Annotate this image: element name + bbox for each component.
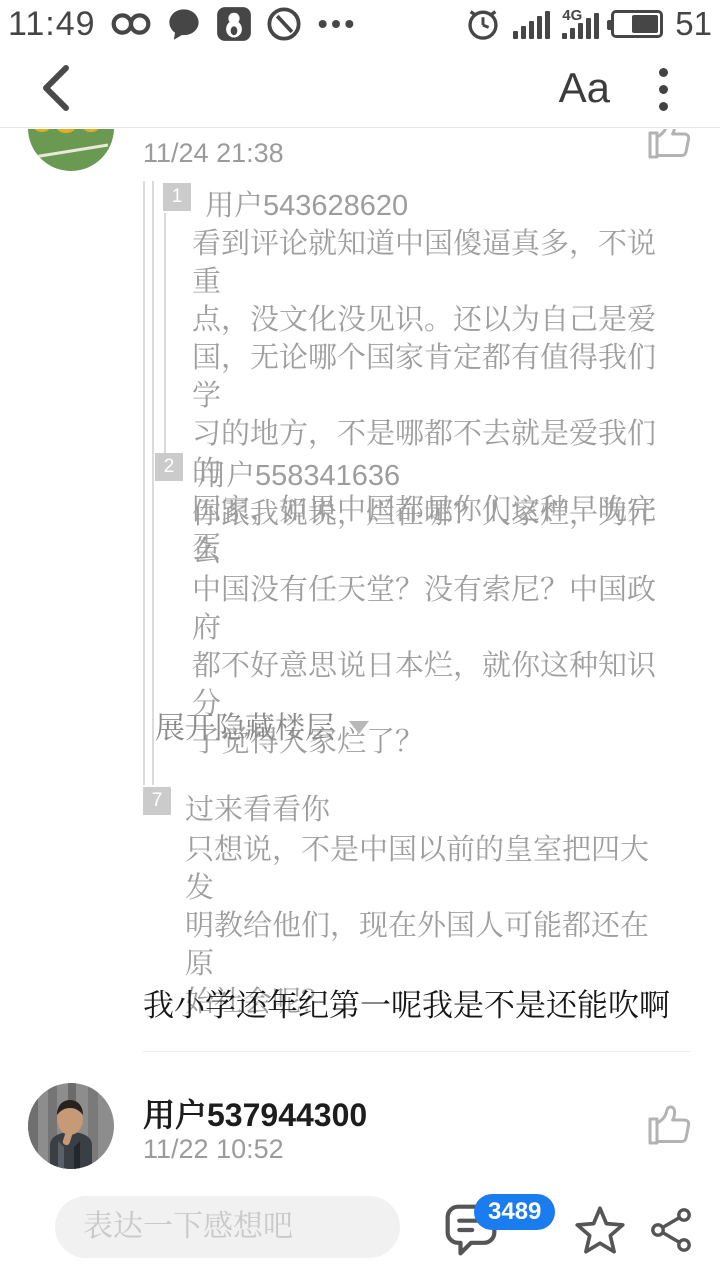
block-icon bbox=[266, 6, 302, 42]
clock-time: 11:49 bbox=[8, 5, 96, 44]
comment-body: 我小学还年纪第一呢我是不是还能吹啊 bbox=[143, 980, 693, 1025]
ellipsis-icon bbox=[316, 6, 356, 42]
comment-thread: 11/24 21:38 1 用户543628620 看到评论就知道中国傻逼真多，… bbox=[0, 129, 720, 1180]
favorite-star-icon[interactable] bbox=[574, 1204, 626, 1256]
app-screen: 11:49 bbox=[0, 0, 720, 1280]
status-bar: 11:49 bbox=[0, 0, 720, 48]
avatar[interactable] bbox=[28, 1083, 114, 1169]
back-icon[interactable] bbox=[36, 62, 76, 114]
battery-percent: 51 bbox=[675, 5, 712, 43]
quoted-username[interactable]: 用户543628620 bbox=[205, 183, 408, 224]
expand-hidden-floors-label: 展开隐藏楼层 bbox=[155, 703, 335, 747]
signal-bars-icon bbox=[513, 9, 550, 39]
quote-depth-line bbox=[152, 181, 154, 785]
network-type-label: 4G bbox=[562, 7, 582, 24]
floor-number-badge: 1 bbox=[163, 183, 191, 211]
comment-timestamp: 11/22 10:52 bbox=[143, 1134, 284, 1165]
chevron-down-icon bbox=[349, 721, 369, 734]
thumbs-up-icon[interactable] bbox=[644, 1097, 692, 1149]
reply-input[interactable] bbox=[55, 1196, 400, 1258]
alarm-clock-icon bbox=[465, 6, 501, 42]
infinity-icon bbox=[110, 9, 152, 39]
expand-hidden-floors-button[interactable]: 展开隐藏楼层 bbox=[155, 703, 369, 747]
avatar[interactable] bbox=[28, 129, 114, 171]
bottom-bar: 3489 bbox=[0, 1180, 720, 1280]
divider bbox=[143, 1051, 690, 1052]
nav-bar: Aa bbox=[0, 48, 720, 128]
comment-count-badge[interactable]: 3489 bbox=[474, 1194, 555, 1230]
floor-number-badge: 2 bbox=[155, 453, 183, 481]
quote-depth-line bbox=[143, 181, 145, 785]
qq-icon bbox=[216, 6, 252, 42]
quoted-username[interactable]: 过来看看你 bbox=[185, 787, 330, 828]
chat-bubble-icon bbox=[166, 6, 202, 42]
thumbs-up-icon[interactable] bbox=[644, 129, 692, 163]
share-icon[interactable] bbox=[648, 1206, 696, 1254]
floor-number-badge: 7 bbox=[143, 787, 171, 815]
kebab-menu-icon[interactable] bbox=[658, 68, 668, 112]
comment-timestamp: 11/24 21:38 bbox=[143, 138, 284, 169]
battery-icon bbox=[611, 10, 663, 38]
quoted-username[interactable]: 用户558341636 bbox=[197, 453, 400, 494]
font-size-button[interactable]: Aa bbox=[559, 64, 610, 112]
quote-connector-line bbox=[164, 213, 166, 453]
signal-bars-4g-icon: 4G bbox=[562, 9, 599, 39]
commenter-username[interactable]: 用户537944300 bbox=[143, 1090, 367, 1136]
